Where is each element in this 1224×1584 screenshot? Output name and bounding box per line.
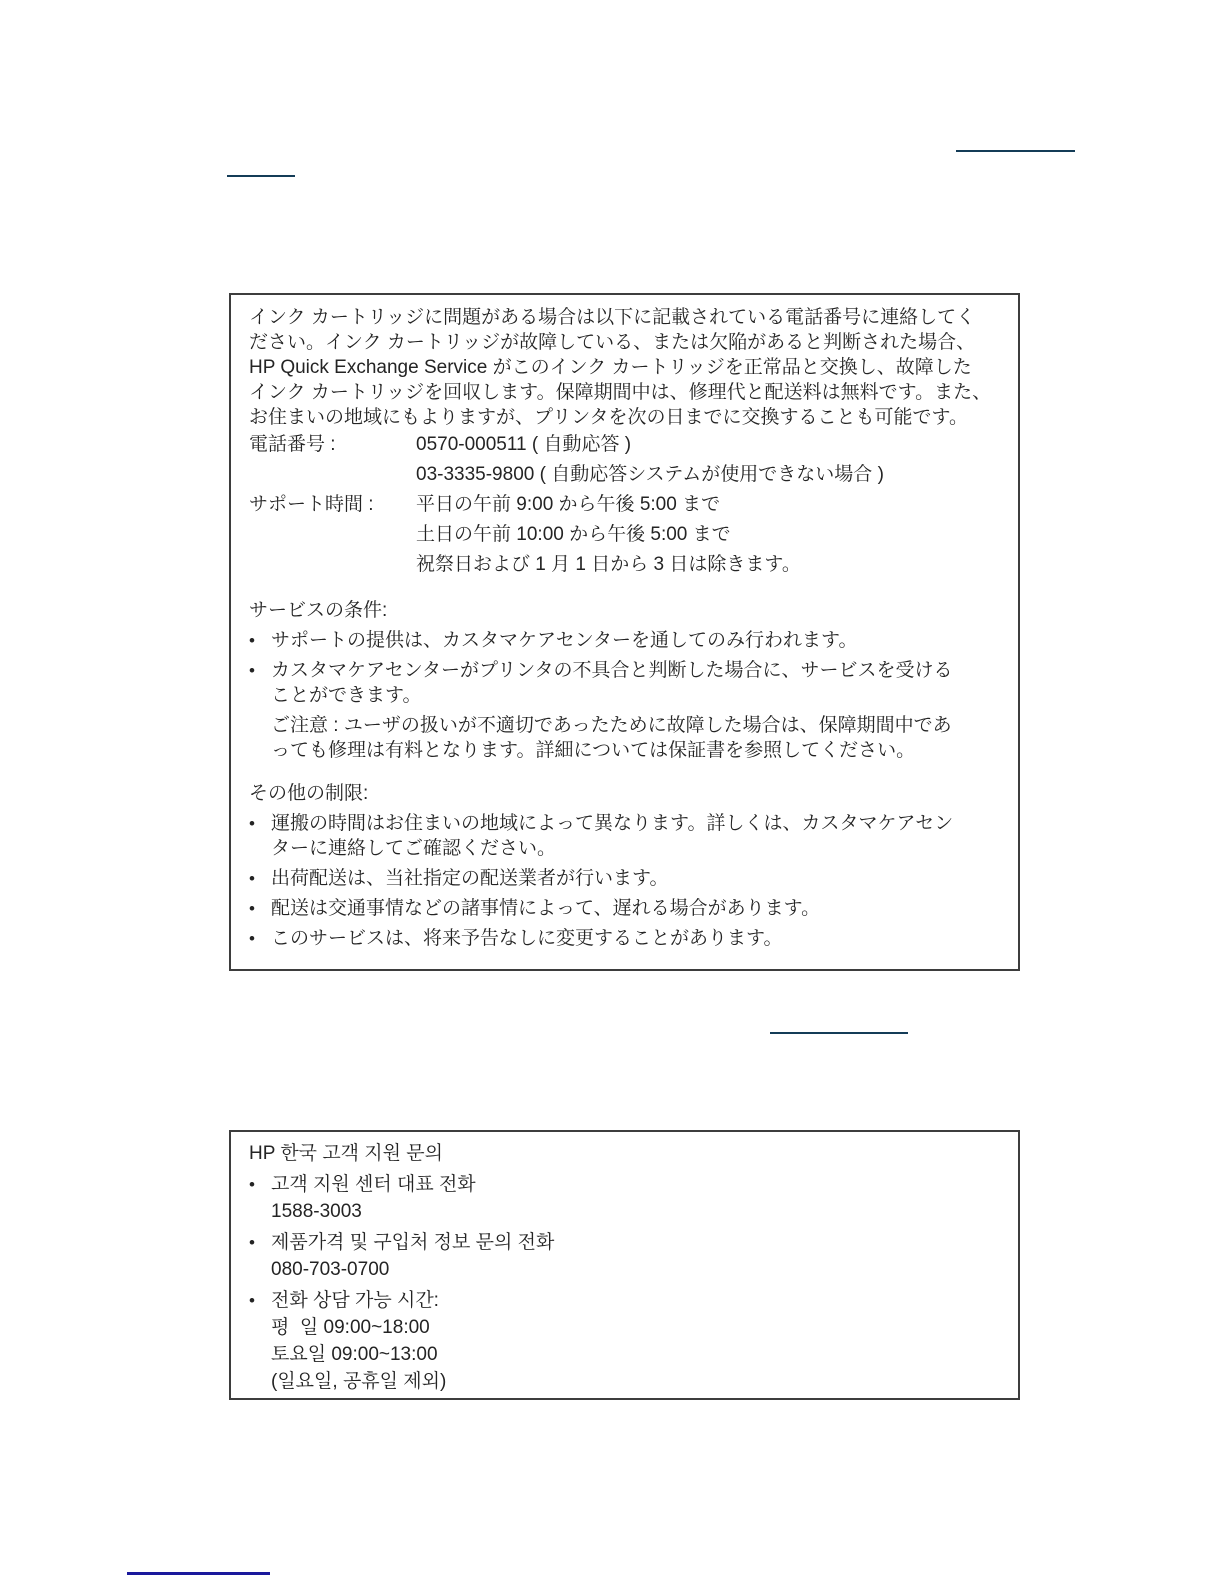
support-hours-row: 祝祭日および 1 月 1 日から 3 日は除きます。 [249,550,1000,580]
service-conditions-heading: サービスの条件: [249,598,1000,623]
korea-item-hours: 토요일 09:00~13:00 [271,1341,1000,1368]
condition-note-line: っても修理は有料となります。詳細については保証書を参照してください。 [271,738,1000,763]
condition-text: サポートの提供は、カスタマケアセンターを通してのみ行われます。 [271,628,1000,653]
restriction-text: 運搬の時間はお住まいの地域によって異なります。詳しくは、カスタマケアセン [271,811,1000,836]
japan-intro-paragraph: インク カートリッジに問題がある場合は以下に記載されている電話番号に連絡してく … [249,305,1000,430]
japan-support-box: インク カートリッジに問題がある場合は以下に記載されている電話番号に連絡してく … [229,293,1020,971]
korea-item-hours: 평 일 09:00~18:00 [271,1314,1000,1341]
support-hours-row: 土日の午前 10:00 から午後 5:00 まで [249,520,1000,550]
restriction-text: このサービスは、将来予告なしに変更することがあります。 [271,926,1000,951]
korea-item-phone: 1588-3003 [271,1198,1000,1225]
bullet-icon [249,658,271,708]
bullet-icon [249,1171,271,1225]
intro-line: インク カートリッジに問題がある場合は以下に記載されている電話番号に連絡してく [249,305,1000,330]
korea-support-item: 제품가격 및 구입처 정보 문의 전화 080-703-0700 [249,1229,1000,1283]
korea-item-hours: (일요일, 공휴일 제외) [271,1368,1000,1395]
korea-item-label: 전화 상담 가능 시간: [271,1287,1000,1314]
restriction-text: 配送は交通事情などの諸事情によって、遅れる場合があります。 [271,896,1000,921]
bullet-icon [249,811,271,861]
intro-line: HP Quick Exchange Service がこのインク カートリッジを… [249,355,1000,380]
korea-item-phone: 080-703-0700 [271,1256,1000,1283]
intro-line: お住まいの地域にもよりますが、プリンタを次の日までに交換することも可能です。 [249,405,1000,430]
condition-text: カスタマケアセンターがプリンタの不具合と判断した場合に、サービスを受ける [271,658,1000,683]
bullet-icon [249,896,271,921]
condition-text: ことができます。 [271,683,1000,708]
restriction-text: ターに連絡してご確認ください。 [271,836,1000,861]
bullet-icon [249,1229,271,1283]
other-restrictions-heading: その他の制限: [249,781,1000,806]
restriction-bullet: 配送は交通事情などの諸事情によって、遅れる場合があります。 [249,896,1000,921]
condition-bullet: サポートの提供は、カスタマケアセンターを通してのみ行われます。 [249,628,1000,653]
link-underline-middle[interactable] [770,1032,908,1034]
korea-item-label: 제품가격 및 구입처 정보 문의 전화 [271,1229,1000,1256]
korea-support-item: 고객 지원 센터 대표 전화 1588-3003 [249,1171,1000,1225]
condition-note-line: ご注意 : ユーザの扱いが不適切であったために故障した場合は、保障期間中であ [271,713,1000,738]
support-hours-value: 平日の午前 9:00 から午後 5:00 まで [416,490,1000,520]
korea-support-box: HP 한국 고객 지원 문의 고객 지원 센터 대표 전화 1588-3003 … [229,1130,1020,1400]
korea-support-title: HP 한국 고객 지원 문의 [249,1140,1000,1167]
condition-note: ご注意 : ユーザの扱いが不適切であったために故障した場合は、保障期間中であ っ… [271,713,1000,763]
korea-item-label: 고객 지원 센터 대표 전화 [271,1171,1000,1198]
support-hours-value: 祝祭日および 1 月 1 日から 3 日は除きます。 [416,550,1000,580]
support-hours-label: サポート時間 : [249,490,416,520]
bullet-icon [249,628,271,653]
link-underline-bottom[interactable] [127,1572,270,1575]
phone-number-section: 電話番号 : 0570-000511 ( 自動応答 ) 03-3335-9800… [249,430,1000,580]
bullet-icon [249,866,271,891]
support-hours-row: サポート時間 : 平日の午前 9:00 から午後 5:00 まで [249,490,1000,520]
condition-bullet: カスタマケアセンターがプリンタの不具合と判断した場合に、サービスを受ける ことが… [249,658,1000,708]
restriction-bullet: 出荷配送は、当社指定の配送業者が行います。 [249,866,1000,891]
phone-label: 電話番号 : [249,430,416,460]
support-hours-value: 土日の午前 10:00 から午後 5:00 まで [416,520,1000,550]
link-underline-top-left[interactable] [227,175,295,177]
restriction-bullet: このサービスは、将来予告なしに変更することがあります。 [249,926,1000,951]
link-underline-top-right[interactable] [956,150,1075,152]
bullet-icon [249,926,271,951]
korea-support-item: 전화 상담 가능 시간: 평 일 09:00~18:00 토요일 09:00~1… [249,1287,1000,1395]
restriction-text: 出荷配送は、当社指定の配送業者が行います。 [271,866,1000,891]
phone-row: 電話番号 : 0570-000511 ( 自動応答 ) [249,430,1000,460]
phone-value: 0570-000511 ( 自動応答 ) [416,430,1000,460]
page: インク カートリッジに問題がある場合は以下に記載されている電話番号に連絡してく … [0,0,1224,1584]
intro-line: インク カートリッジを回収します。保障期間中は、修理代と配送料は無料です。また、 [249,380,1000,405]
bullet-icon [249,1287,271,1395]
restriction-bullet: 運搬の時間はお住まいの地域によって異なります。詳しくは、カスタマケアセン ターに… [249,811,1000,861]
phone-row: 03-3335-9800 ( 自動応答システムが使用できない場合 ) [249,460,1000,490]
phone-value: 03-3335-9800 ( 自動応答システムが使用できない場合 ) [416,460,1000,490]
intro-line: ださい。インク カートリッジが故障している、または欠陥があると判断された場合、 [249,330,1000,355]
